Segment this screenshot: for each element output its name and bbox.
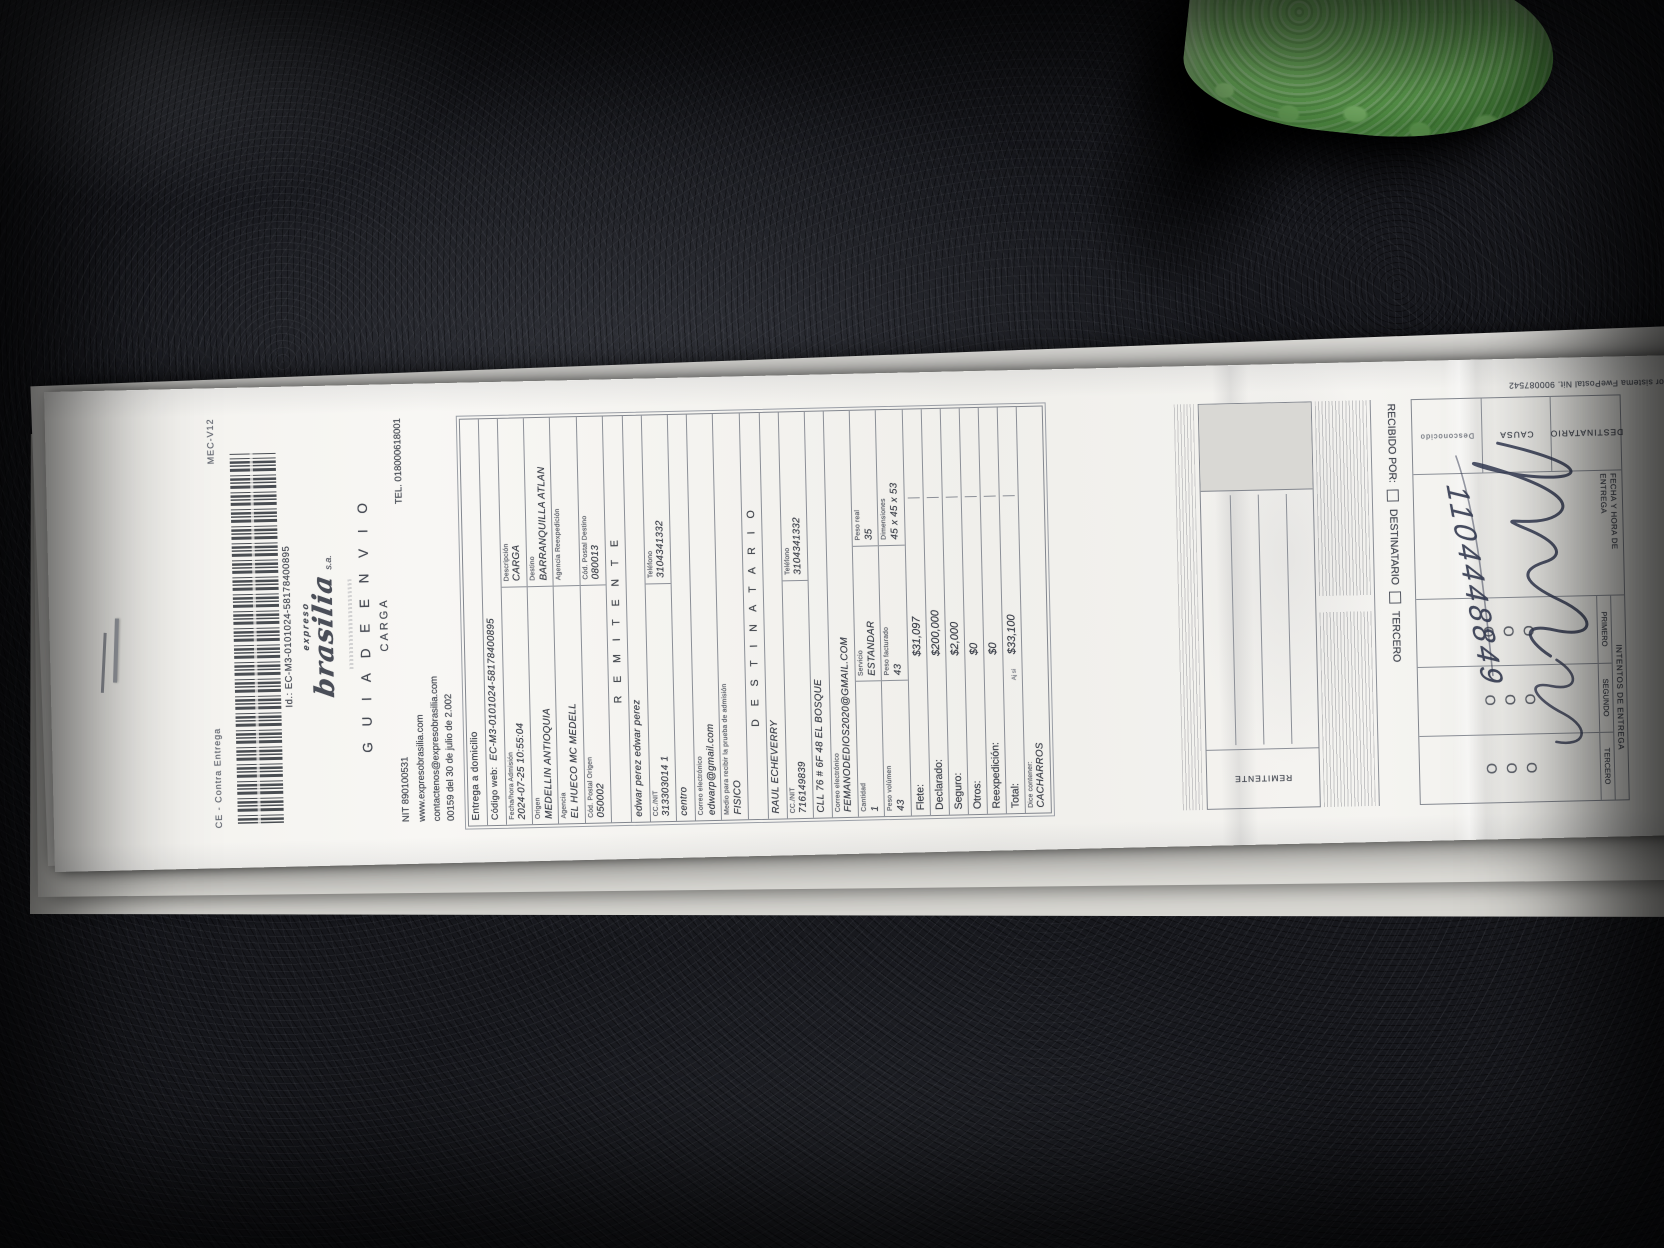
- freight-label: Flete:: [911, 682, 926, 810]
- legal-fine-print: [1315, 400, 1376, 807]
- photo-scene: CE - Contra Entrega MEC-V12 Id.: EC-M3-0…: [0, 0, 1664, 1248]
- declared-value: $200,000: [926, 497, 942, 656]
- total-note: Aj si: [1011, 654, 1018, 680]
- third-party-checkbox-label: TERCERO: [1389, 611, 1402, 663]
- recipient-checkbox: [1387, 490, 1399, 502]
- system-edge-text: ido por sistema FwePostal Nit. 900087542: [1284, 377, 1664, 396]
- delivery-datetime-label: FECHA Y HORA DE ENTREGA: [1598, 473, 1619, 550]
- reexpedition-agency-label: Agencia Reexpedición: [552, 405, 564, 580]
- brand-logo-sa: s.a.: [323, 555, 333, 570]
- edge-header: CE - Contra Entrega MEC-V12: [205, 418, 224, 828]
- reexpedition-label: Reexpedición:: [987, 681, 1002, 809]
- attempt-third-label: TERCERO: [1599, 732, 1615, 800]
- attempt-second-circles: OOO: [1478, 691, 1538, 708]
- form-code-label: MEC-V12: [205, 418, 216, 464]
- brand-logo-brasilia: brasilia: [309, 572, 339, 698]
- reexpedition-value: $0: [983, 496, 999, 655]
- attempt-third-circles: OOO: [1480, 760, 1540, 777]
- third-party-checkbox: [1389, 592, 1401, 604]
- staple: [99, 614, 127, 693]
- total-label: Total:: [1006, 680, 1021, 808]
- payment-type-label: CE - Contra Entrega: [212, 728, 224, 829]
- others-value: $0: [964, 496, 980, 655]
- signature-lines: [1201, 489, 1319, 749]
- service-value: ESTANDAR: [864, 551, 879, 676]
- cause-label: CAUSA: [1499, 429, 1534, 440]
- recipient-checkbox-label: DESTINATARIO: [1387, 509, 1401, 585]
- attempt-second-label: SEGUNDO: [1598, 664, 1614, 732]
- total-value: $33,100: [1002, 495, 1018, 654]
- stamp-area: [1199, 402, 1313, 492]
- recipient-box-label: DESTINATARIO: [1549, 427, 1623, 439]
- delivery-section: DESTINATARIO CAUSA Desconocido FECHA Y H…: [1173, 394, 1630, 810]
- insurance-label: Seguro:: [949, 681, 964, 809]
- cause-value: Desconocido: [1420, 431, 1475, 441]
- company-nit: NIT 890100531: [399, 757, 411, 823]
- web-code-label: Código web:: [489, 767, 501, 821]
- freight-value: $31,097: [907, 497, 923, 656]
- received-by-label: RECIBIDO POR:: [1385, 403, 1399, 483]
- attempt-first-circles: OOO: [1477, 623, 1537, 640]
- sender-box-label: REMITENTE: [1234, 773, 1292, 784]
- insurance-value: $2,000: [945, 496, 961, 655]
- logo-tagline-smudge: [347, 579, 353, 669]
- shipping-waybill: CE - Contra Entrega MEC-V12 Id.: EC-M3-0…: [44, 354, 1664, 872]
- company-tel: TEL. 018000618001: [392, 418, 405, 504]
- sender-signature-box: REMITENTE: [1198, 401, 1321, 809]
- brand-logo: expreso brasilia s.a.: [296, 386, 343, 867]
- waybill-form: Entrega a domicilio Código web: EC-M3-01…: [459, 405, 1052, 826]
- dimensions-value: 45 x 45 x 53: [887, 415, 902, 540]
- company-email: contactenos@expresobrasilia.com: [428, 676, 442, 822]
- delivery-attempts-table: DESTINATARIO CAUSA Desconocido FECHA Y H…: [1411, 394, 1630, 805]
- attempt-first-label: PRIMERO: [1596, 595, 1612, 663]
- nit-tel-line: NIT 890100531 TEL. 018000618001: [392, 418, 412, 822]
- company-website: www.expresobrasilia.com: [415, 714, 428, 821]
- resolution-line: 00159 del 30 de julio de 2.002: [443, 694, 457, 822]
- declared-label: Declarado:: [930, 682, 945, 810]
- others-label: Otros:: [968, 681, 983, 809]
- barcode: [230, 453, 284, 824]
- web-code-value: EC-M3-0101024-58178400895: [485, 618, 500, 761]
